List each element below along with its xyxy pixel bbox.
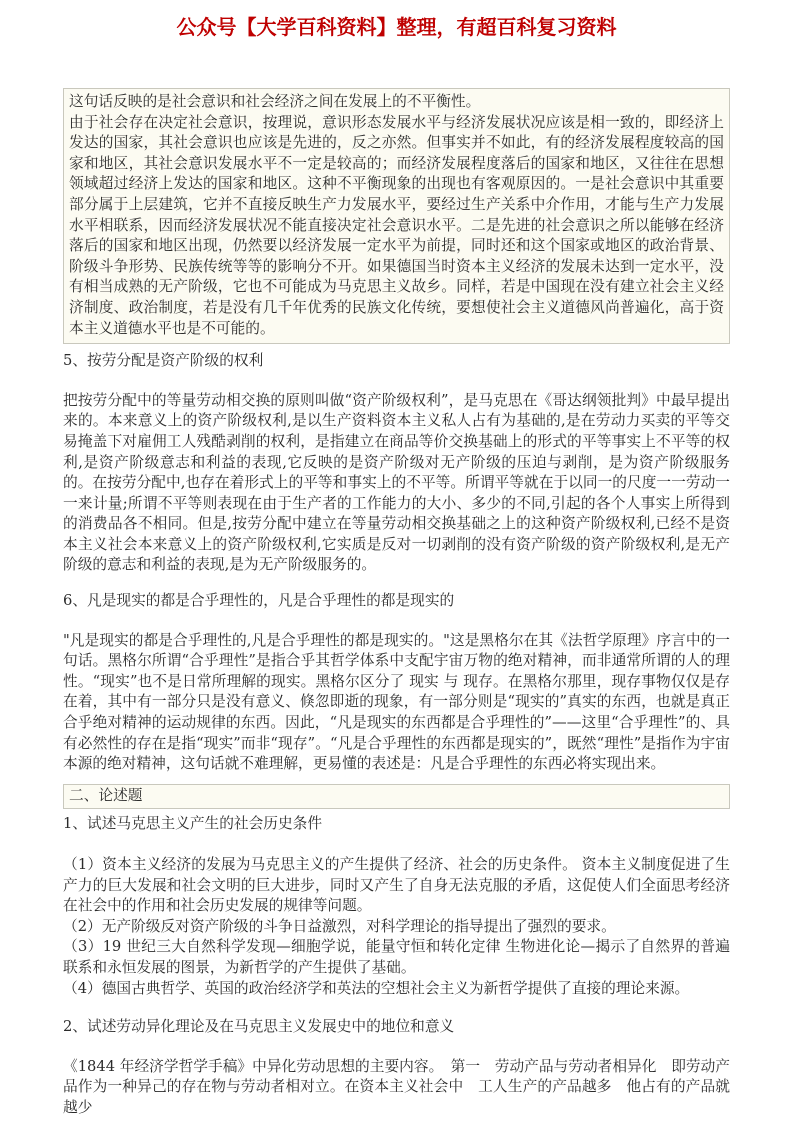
highlight-answer-box: 这句话反映的是社会意识和社会经济之间在发展上的不平衡性。 由于社会存在决定社会意… (63, 88, 730, 344)
section-5-heading: 5、按劳分配是资产阶级的权利 (63, 351, 730, 372)
essay-section-title: 二、论述题 (69, 786, 724, 807)
document-page: 公众号【大学百科资料】整理，有超百科复习资料 这句话反映的是社会意识和社会经济之… (0, 0, 793, 1122)
essay-question-1-answer: （1）资本主义经济的发展为马克思主义的产生提供了经济、社会的历史条件。 资本主义… (63, 855, 730, 999)
section-5-body: 把按劳分配中的等量劳动相交换的原则叫做“资产阶级权利”，是马克思在《哥达纲领批判… (63, 391, 730, 576)
answer-point: （4）德国古典哲学、英国的政治经济学和英法的空想社会主义为新哲学提供了直接的理论… (63, 979, 730, 1000)
highlight-box-paragraph: 这句话反映的是社会意识和社会经济之间在发展上的不平衡性。 (69, 92, 724, 113)
highlight-box-paragraph: 由于社会存在决定社会意识，按理说，意识形态发展水平与经济发展状况应该是相一致的，… (69, 113, 724, 340)
essay-question-2-heading: 2、试述劳动异化理论及在马克思主义发展史中的地位和意义 (63, 1017, 730, 1038)
answer-point: （1）资本主义经济的发展为马克思主义的产生提供了经济、社会的历史条件。 资本主义… (63, 855, 730, 917)
page-title: 公众号【大学百科资料】整理，有超百科复习资料 (0, 0, 793, 41)
section-6-heading: 6、凡是现实的都是合乎理性的，凡是合乎理性的都是现实的 (63, 591, 730, 612)
answer-point: （3）19 世纪三大自然科学发现—细胞学说，能量守恒和转化定律 生物进化论—揭示… (63, 937, 730, 978)
document-content: 这句话反映的是社会意识和社会经济之间在发展上的不平衡性。 由于社会存在决定社会意… (63, 88, 730, 1119)
essay-question-1-heading: 1、试述马克思主义产生的社会历史条件 (63, 814, 730, 835)
answer-point: （2）无产阶级反对资产阶级的斗争日益激烈，对科学理论的指导提出了强烈的要求。 (63, 917, 730, 938)
essay-section-title-box: 二、论述题 (63, 784, 730, 810)
essay-question-2-answer: 《1844 年经济学哲学手稿》中异化劳动思想的主要内容。 第一 劳动产品与劳动者… (63, 1057, 730, 1119)
section-6-body: "凡是现实的都是合乎理性的,凡是合乎理性的都是现实的。"这是黑格尔在其《法哲学原… (63, 631, 730, 775)
